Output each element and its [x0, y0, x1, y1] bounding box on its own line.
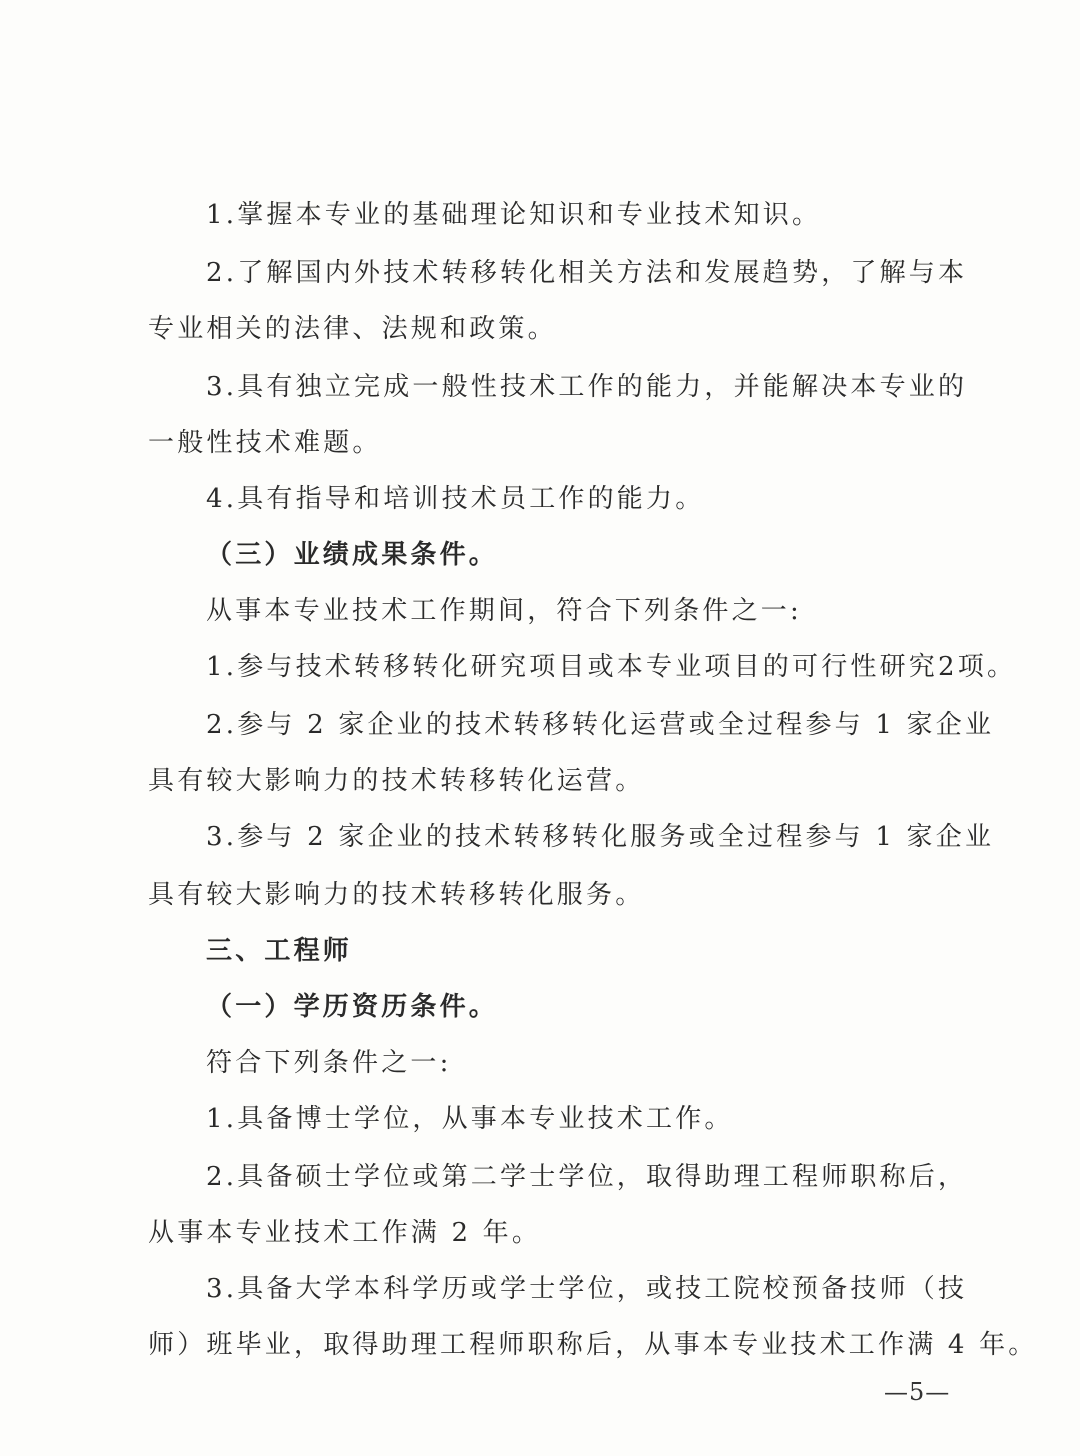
achievement-item-3: 3.参与 2 家企业的技术转移转化服务或全过程参与 1 家企业 — [206, 820, 994, 854]
section-heading-engineer: 三、工程师 — [206, 934, 352, 968]
paragraph-item-2: 2.了解国内外技术转移转化相关方法和发展趋势，了解与本 — [206, 256, 967, 290]
education-item-2-cont: 从事本专业技术工作满 2 年。 — [148, 1216, 541, 1250]
paragraph-item-4: 4.具有指导和培训技术员工作的能力。 — [206, 482, 704, 516]
education-item-2: 2.具备硕士学位或第二学士学位，取得助理工程师职称后， — [206, 1160, 967, 1194]
achievement-item-2: 2.参与 2 家企业的技术转移转化运营或全过程参与 1 家企业 — [206, 708, 994, 742]
paragraph-item-2-cont: 专业相关的法律、法规和政策。 — [148, 312, 557, 346]
achievement-item-2-cont: 具有较大影响力的技术转移转化运营。 — [148, 764, 644, 798]
section-heading-achievements: （三）业绩成果条件。 — [206, 538, 498, 572]
paragraph-intro: 从事本专业技术工作期间，符合下列条件之一: — [206, 594, 802, 628]
education-item-3: 3.具备大学本科学历或学士学位，或技工院校预备技师（技 — [206, 1272, 967, 1306]
subsection-heading-education: （一）学历资历条件。 — [206, 990, 498, 1024]
paragraph-item-1: 1.掌握本专业的基础理论知识和专业技术知识。 — [206, 198, 821, 232]
paragraph-intro-2: 符合下列条件之一: — [206, 1046, 452, 1080]
achievement-item-3-cont: 具有较大影响力的技术转移转化服务。 — [148, 878, 644, 912]
paragraph-item-3: 3.具有独立完成一般性技术工作的能力，并能解决本专业的 — [206, 370, 967, 404]
page-number: —5— — [884, 1378, 950, 1406]
achievement-item-1: 1.参与技术转移转化研究项目或本专业项目的可行性研究2项。 — [206, 650, 1016, 684]
paragraph-item-3-cont: 一般性技术难题。 — [148, 426, 382, 460]
education-item-1: 1.具备博士学位，从事本专业技术工作。 — [206, 1102, 734, 1136]
education-item-3-cont: 师）班毕业，取得助理工程师职称后，从事本专业技术工作满 4 年。 — [148, 1328, 1037, 1362]
